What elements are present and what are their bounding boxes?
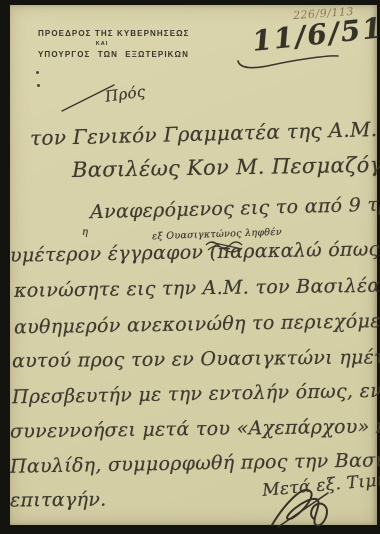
body-line: Αναφερόμενος εις το από 9 τρέχ.: [90, 193, 380, 224]
body-line: αυθημερόν ανεκοινώθη το περιεχόμενον: [14, 309, 380, 338]
letter-paper: ΠΡΟΕΔΡΟΣ ΤΗΣ ΚΥΒΕΡΝΗΣΕΩΣ ΚΑΙ ΥΠΟΥΡΓΟΣ ΤΩ…: [10, 5, 377, 525]
closing-formula: Μετά εξ. Τιμής: [261, 469, 380, 501]
body-line: αυτού προς τον εν Ουασιγκτώνι ημέτερον: [12, 346, 380, 372]
body-line: επιταγήν.: [10, 489, 107, 512]
letterhead-line-3: ΥΠΟΥΡΓΟΣ ΤΩΝ ΕΞΩΤΕΡΙΚΩΝ: [38, 50, 189, 59]
body-line: Πρεσβευτήν με την εντολήν όπως, εν: [12, 380, 380, 408]
letterhead-line-2: ΚΑΙ: [38, 41, 166, 47]
salutation: Πρός: [104, 82, 147, 105]
body-line: κοινώσητε εις την Α.Μ. τον Βασιλέα ότι: [14, 274, 380, 302]
recipient-line-2: Βασιλέως Κον Μ. Πεσμαζόγλου: [72, 152, 380, 182]
caret-correction-mark: η: [82, 227, 88, 238]
ink-dot: [36, 71, 39, 74]
letterhead-line-1: ΠΡΟΕΔΡΟΣ ΤΗΣ ΚΥΒΕΡΝΗΣΕΩΣ: [38, 29, 190, 38]
scanned-letter: ΠΡΟΕΔΡΟΣ ΤΗΣ ΚΥΒΕΡΝΗΣΕΩΣ ΚΑΙ ΥΠΟΥΡΓΟΣ ΤΩ…: [0, 0, 380, 534]
ink-dot: [37, 84, 40, 87]
handwritten-date: 11/6/51: [251, 11, 380, 58]
body-line: συνεννοήσει μετά του «Αχεπάρχου» κ.: [10, 415, 380, 442]
body-line: Παυλίδη, συμμορφωθή προς την Βασιλικήν: [10, 448, 380, 477]
body-line: υμέτερον έγγραφον (παρακαλώ όπως ανα-: [10, 237, 380, 266]
recipient-line-1: τον Γενικόν Γραμματέα της Α.Μ. του: [30, 116, 380, 150]
